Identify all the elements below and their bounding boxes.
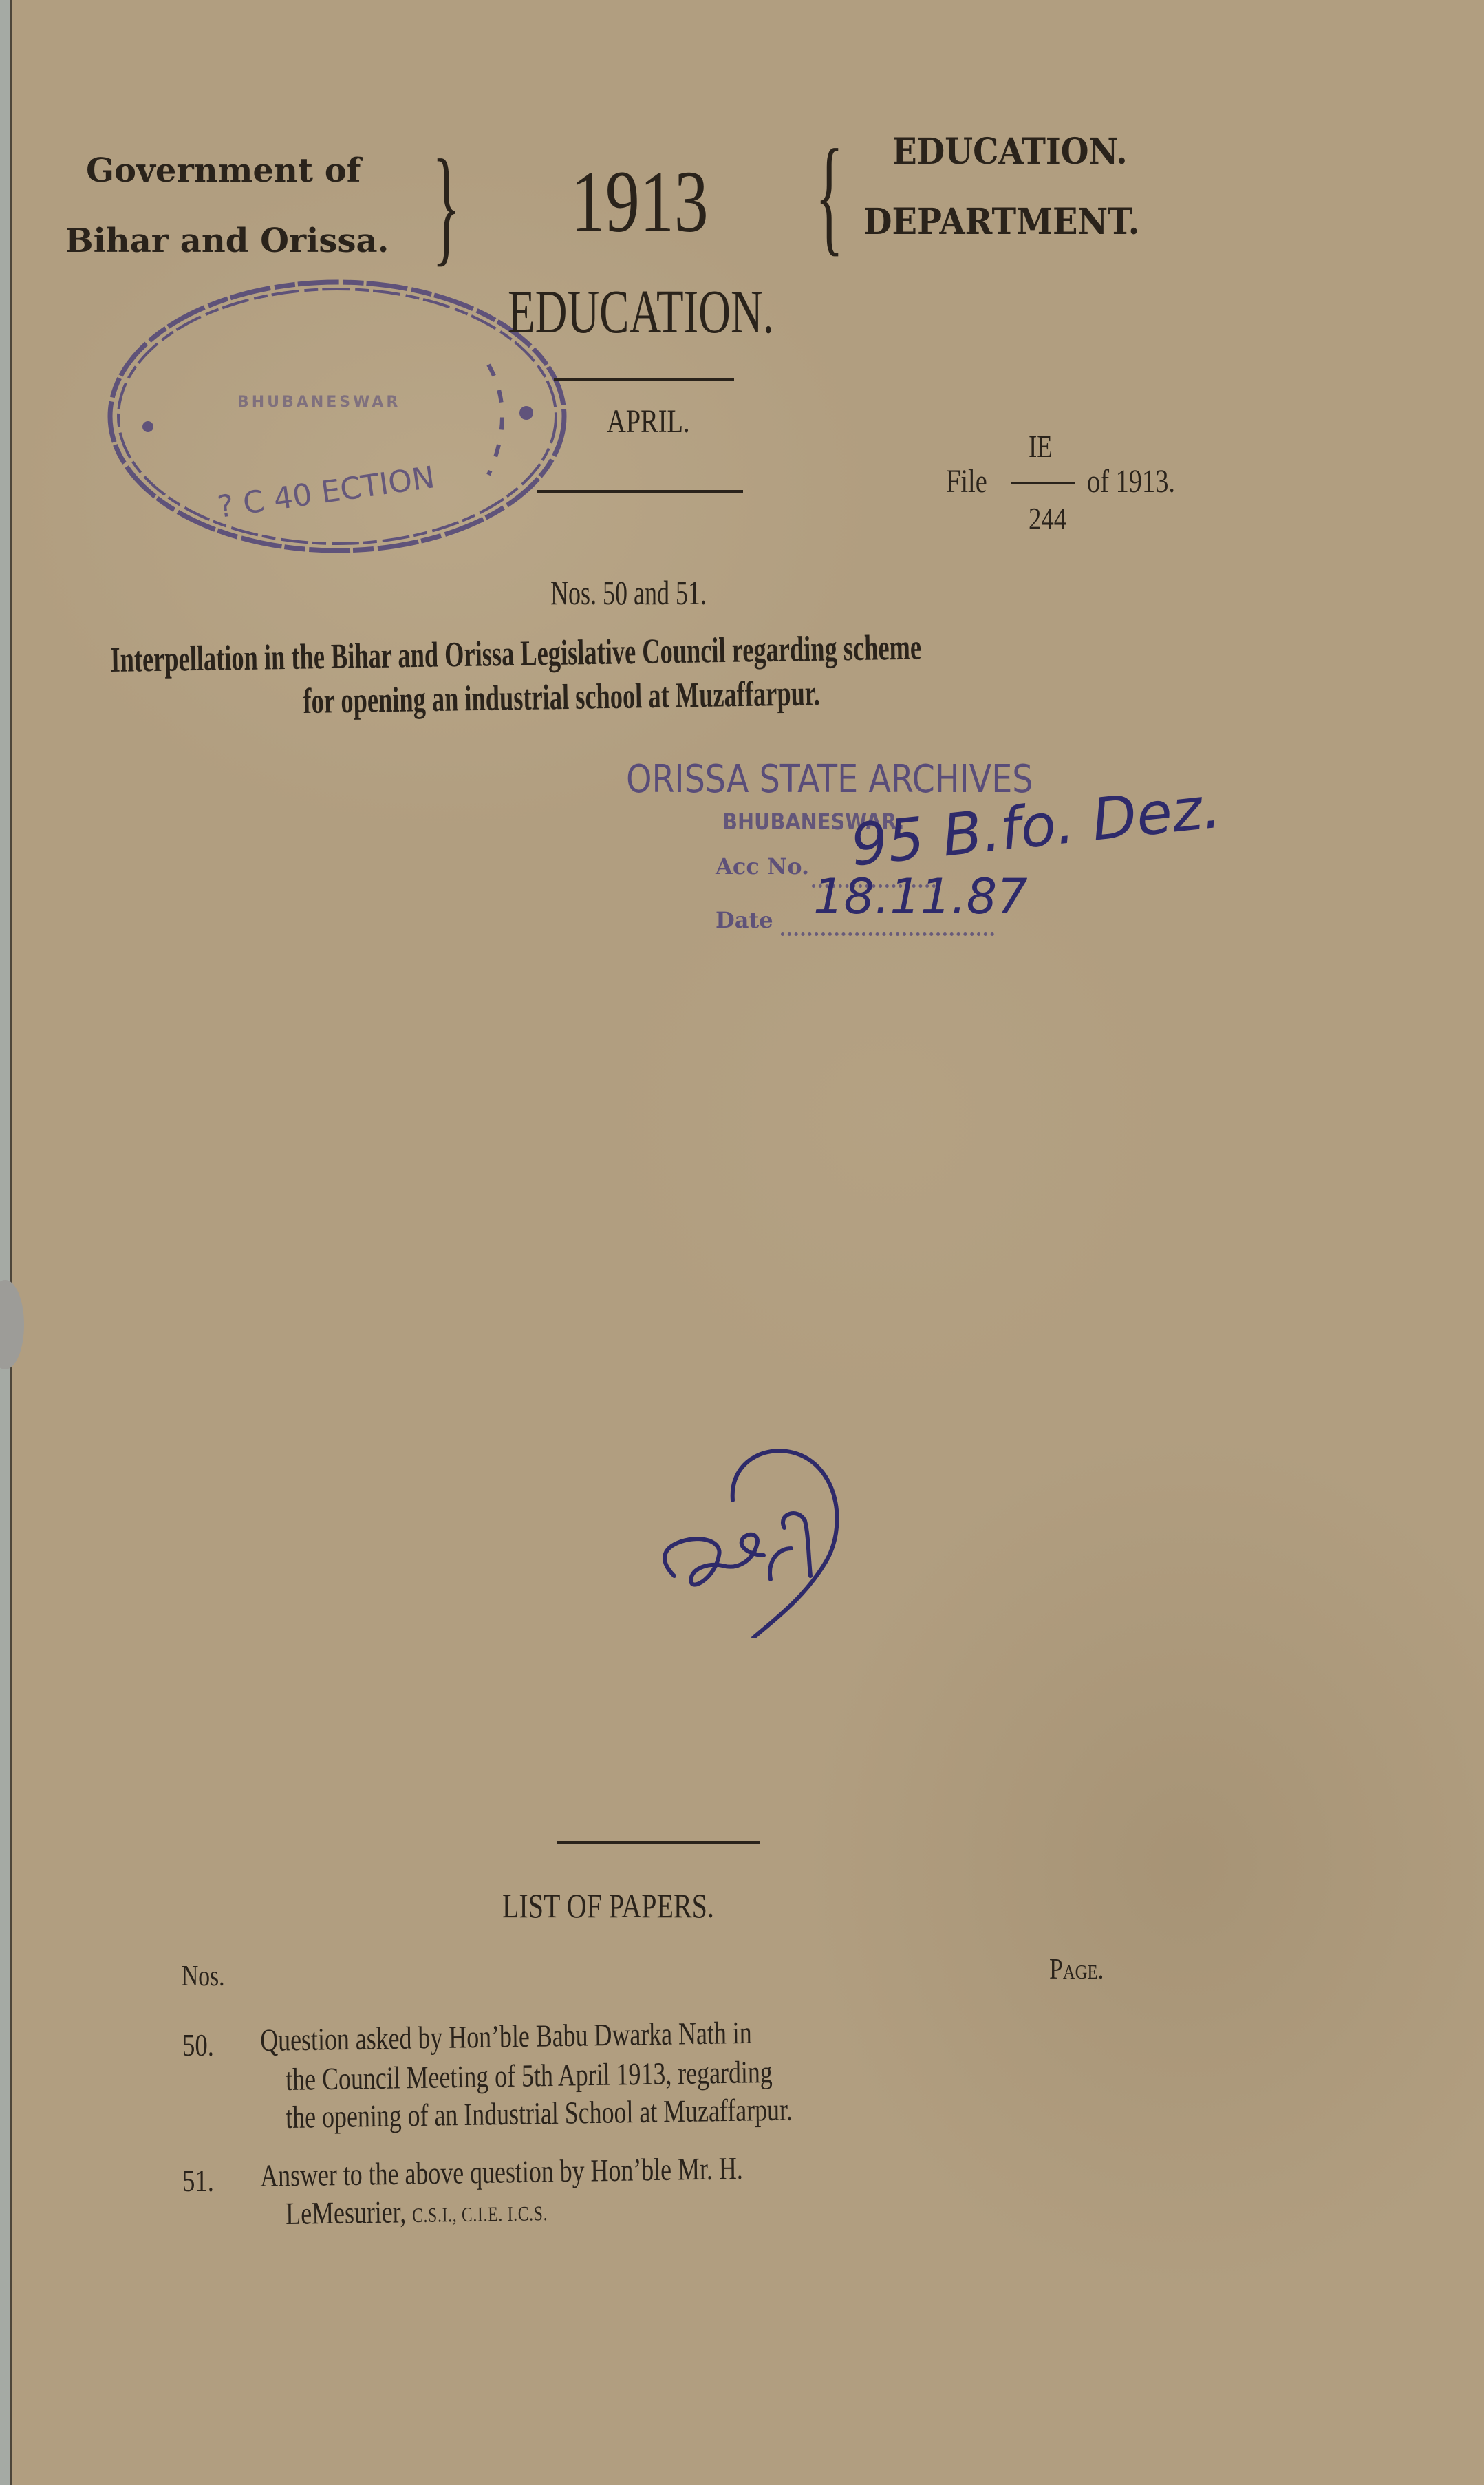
subject-line-2: for opening an industrial school at Muza… [303, 673, 820, 722]
archive-date-label: Date [716, 907, 773, 933]
section-rule [557, 1841, 760, 1844]
file-numerator: IE [1029, 428, 1053, 465]
month-label: APRIL. [607, 403, 690, 440]
scan-edge-strip [0, 0, 12, 2485]
oval-stamp-middle-text: BHUBANESWAR [237, 394, 400, 411]
list-of-papers-title: LIST OF PAPERS. [502, 1886, 714, 1926]
rule-below-month [537, 490, 743, 493]
department-line-2: DEPARTMENT. [863, 201, 1139, 243]
paper-description-line: Question asked by Hon’ble Babu Dwarka Na… [260, 2014, 752, 2058]
government-line-2: Bihar and Orissa. [65, 222, 389, 260]
branch-heading: EDUCATION. [508, 277, 774, 348]
date-dotted-line [781, 932, 994, 936]
column-header-page: Page. [1049, 1953, 1104, 1986]
paper-number: 51. [182, 2162, 214, 2199]
paper-number: 50. [182, 2027, 214, 2063]
oval-seal-stamp [103, 275, 571, 554]
government-line-1: Government of [86, 151, 361, 190]
archive-date-value: 18.11.87 [813, 868, 1028, 925]
file-prefix: File [946, 462, 987, 500]
paper-description-line: Answer to the above question by Hon’ble … [260, 2150, 743, 2194]
file-denominator: 244 [1029, 500, 1066, 537]
year-heading: 1913 [571, 151, 709, 253]
file-suffix: of 1913. [1087, 462, 1175, 500]
department-line-1: EDUCATION. [892, 131, 1128, 173]
handwritten-numeral-mark [619, 1418, 846, 1638]
left-brace-icon: { [815, 120, 843, 270]
archive-stamp-title: ORISSA STATE ARCHIVES [626, 757, 1033, 802]
file-fraction-bar [1011, 482, 1075, 484]
column-header-nos: Nos. [182, 1960, 225, 1993]
paper-description-line: LeMesurier, C.S.I., C.I.E. I.C.S. [286, 2191, 548, 2232]
archive-acc-label: Acc No. [716, 853, 809, 879]
proceedings-numbers: Nos. 50 and 51. [550, 573, 707, 612]
officer-name: LeMesurier, [286, 2194, 406, 2231]
officer-honours: C.S.I., C.I.E. I.C.S. [412, 2202, 548, 2227]
rule-above-month [554, 378, 734, 381]
paper-description-line: the Council Meeting of 5th April 1913, r… [286, 2054, 773, 2098]
right-brace-icon: } [432, 131, 460, 281]
